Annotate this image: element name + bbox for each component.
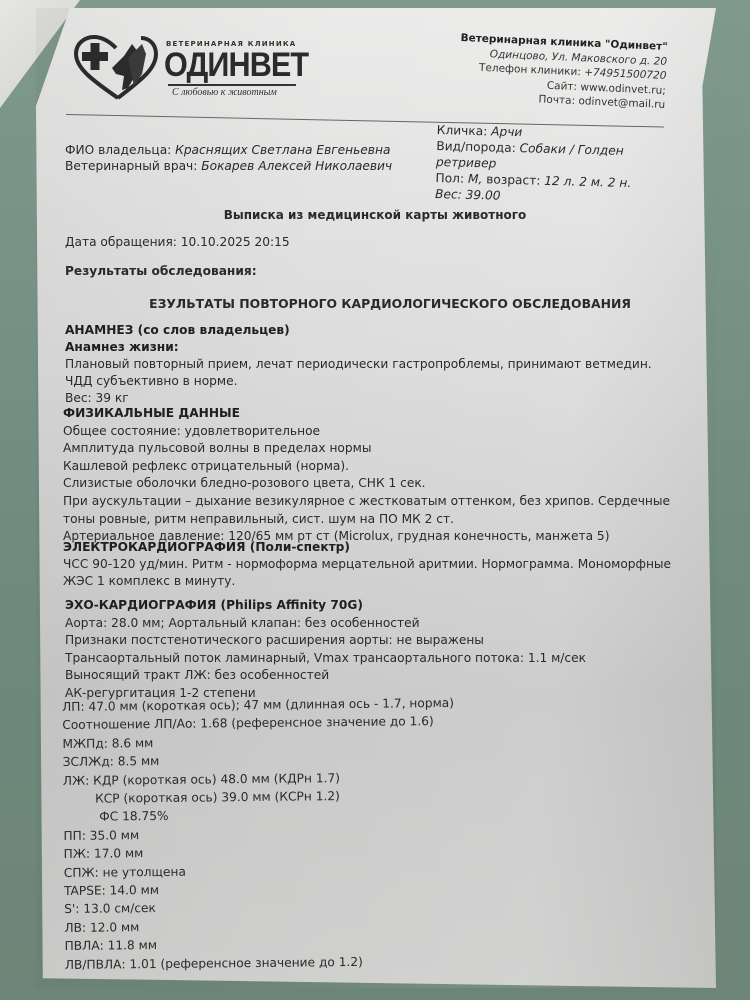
pet-weight: 39.00	[465, 188, 500, 203]
clinic-site-label: Сайт:	[547, 79, 578, 92]
vet-name: Бокарев Алексей Николаевич	[201, 159, 392, 173]
owner-info: ФИО владельца: Краснящих Светлана Евгень…	[65, 142, 392, 174]
physical-line: Общее состояние: удовлетворительное	[63, 423, 670, 441]
physical-line: тоны ровные, ритм неправильный, сист. шу…	[63, 511, 670, 529]
vet-label: Ветеринарный врач:	[65, 159, 197, 173]
anamnesis-line: Плановый повторный прием, лечат периодич…	[65, 356, 652, 373]
heart-cross-dog-cat-logo-icon	[72, 34, 164, 100]
logo-slogan: С любовью к животным	[172, 87, 277, 98]
visit-date-label: Дата обращения:	[65, 235, 177, 249]
owner-row: ФИО владельца: Краснящих Светлана Евгень…	[65, 142, 392, 158]
ecg-heading: ЭЛЕКТРОКАРДИОГРАФИЯ (Поли-спектр)	[63, 539, 671, 556]
anamnesis-section: АНАМНЕЗ (со слов владельцев) Анамнез жиз…	[65, 322, 652, 407]
owner-name: Краснящих Светлана Евгеньевна	[175, 143, 390, 157]
clinic-phone-label: Телефон клиники:	[479, 62, 581, 78]
anamnesis-heading: АНАМНЕЗ (со слов владельцев)	[65, 322, 652, 339]
pet-sex-label: Пол:	[435, 171, 464, 186]
echo-measurements: ЛП: 47.0 мм (короткая ось); 47 мм (длинн…	[62, 694, 457, 974]
physical-line: Кашлевой рефлекс отрицательный (норма).	[63, 458, 670, 476]
pet-sex: М,	[468, 172, 483, 186]
clinic-phone: +74951500720	[584, 66, 667, 82]
ecg-section: ЭЛЕКТРОКАРДИОГРАФИЯ (Поли-спектр) ЧСС 90…	[63, 539, 671, 590]
pet-info: Кличка: Арчи Вид/порода: Собаки / Голден…	[435, 122, 633, 207]
pet-breed-label: Вид/порода:	[436, 139, 516, 155]
echo-heading: ЭХО-КАРДИОГРАФИЯ (Philips Affinity 70G)	[65, 597, 586, 615]
pet-name: Арчи	[491, 124, 523, 139]
pet-name-label: Кличка:	[437, 123, 488, 138]
physical-line: Амплитуда пульсовой волны в пределах нор…	[63, 440, 670, 458]
echo-line: Признаки постстенотического расширения а…	[65, 632, 586, 650]
pet-breed: Собаки / Голден	[519, 141, 623, 158]
physical-line: При аускультации – дыхание везикулярное …	[63, 493, 670, 511]
results-heading: Результаты обследования:	[65, 264, 257, 278]
echo-line: Трансаортальный поток ламинарный, Vmax т…	[65, 650, 586, 668]
visit-date: 10.10.2025 20:15	[181, 235, 290, 249]
pet-weight-label: Вес:	[435, 187, 462, 202]
physical-section: ФИЗИКАЛЬНЫЕ ДАННЫЕ Общее состояние: удов…	[63, 405, 670, 546]
report-subtitle: ЕЗУЛЬТАТЫ ПОВТОРНОГО КАРДИОЛОГИЧЕСКОГО О…	[0, 296, 750, 311]
echo-section: ЭХО-КАРДИОГРАФИЯ (Philips Affinity 70G) …	[65, 597, 586, 702]
physical-heading: ФИЗИКАЛЬНЫЕ ДАННЫЕ	[63, 405, 670, 423]
ecg-line: ЖЭС 1 комплекс в минуту.	[63, 573, 671, 590]
clinic-email-label: Почта:	[538, 93, 575, 107]
clinic-contacts: Ветеринарная клиника "Одинвет" Одинцово,…	[437, 30, 668, 112]
vet-row: Ветеринарный врач: Бокарев Алексей Никол…	[65, 158, 392, 174]
anamnesis-subheading: Анамнез жизни:	[65, 339, 652, 356]
visit-date-row: Дата обращения: 10.10.2025 20:15	[65, 235, 290, 249]
physical-line: Слизистые оболочки бледно-розового цвета…	[63, 475, 670, 493]
owner-label: ФИО владельца:	[65, 143, 171, 157]
clinic-logo: ВЕТЕРИНАРНАЯ КЛИНИКА ОДИНВЕТ С любовью к…	[72, 34, 302, 100]
ecg-line: ЧСС 90-120 уд/мин. Ритм - нормоформа мер…	[63, 556, 671, 573]
echo-line: Аорта: 28.0 мм; Аортальный клапан: без о…	[65, 615, 586, 633]
logo-name: ОДИНВЕТ	[164, 46, 308, 85]
document-title: Выписка из медицинской карты животного	[0, 208, 750, 222]
pet-age-label: возраст:	[486, 172, 541, 187]
anamnesis-line: ЧДД субъективно в норме.	[65, 373, 652, 390]
logo-divider	[168, 84, 296, 86]
pet-age: 12 л. 2 м. 2 н.	[544, 174, 631, 190]
echo-line: Выносящий тракт ЛЖ: без особенностей	[65, 667, 586, 685]
clinic-email: odinvet@mail.ru	[578, 95, 665, 111]
